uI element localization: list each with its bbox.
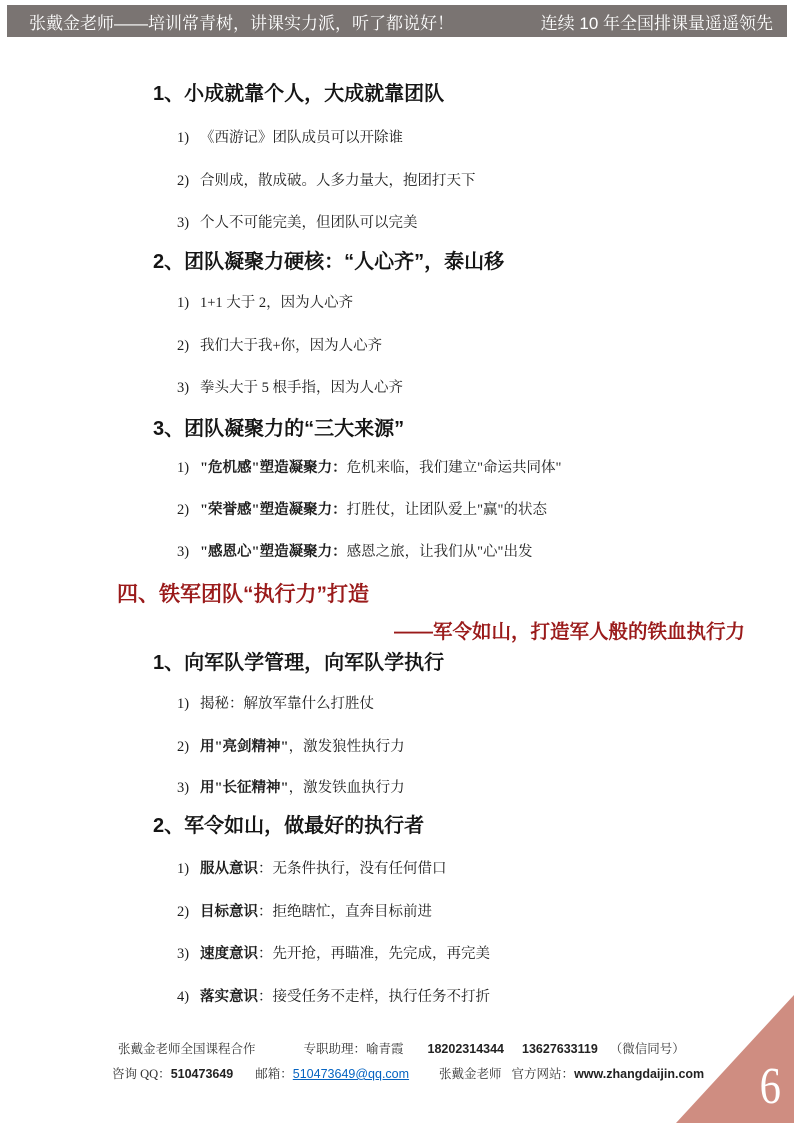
list-item: 3)速度意识：先开抢，再瞄准，先完成，再完美 [177, 945, 490, 963]
item-text: ：无条件执行，没有任何借口 [258, 861, 447, 877]
footer-site-url: www.zhangdaijin.com [574, 1067, 704, 1081]
footer-qq-label: 咨询 QQ： [112, 1064, 171, 1082]
list-item: 1)1+1 大于 2，因为人心齐 [177, 294, 353, 312]
list-item: 1)服从意识：无条件执行，没有任何借口 [177, 860, 447, 878]
item-text: 揭秘：解放军靠什么打胜仗 [200, 696, 374, 712]
section-heading: 2、团队凝聚力硬核：“人心齐”，泰山移 [153, 251, 504, 273]
section-heading: 1、向军队学管理，向军队学执行 [153, 652, 444, 674]
item-number: 1) [177, 459, 200, 477]
header-slogan: 张戴金老师——培训常青树，讲课实力派，听了都说好！ [29, 9, 454, 34]
item-number: 3) [177, 379, 200, 397]
item-number: 3) [177, 543, 200, 561]
chapter-heading: 四、铁军团队“执行力”打造 [117, 583, 369, 606]
item-bold: "荣誉感"塑造凝聚力： [200, 502, 347, 518]
footer-site-label: 官方网站： [512, 1064, 575, 1082]
footer-email-label: 邮箱： [255, 1064, 293, 1082]
list-item: 2)用"亮剑精神"，激发狼性执行力 [177, 738, 405, 756]
footer-line-1: 张戴金老师全国课程合作 专职助理：喻青霞 18202314344 1362763… [118, 1039, 685, 1057]
footer-wechat-note: （微信同号） [610, 1039, 685, 1057]
item-number: 3) [177, 945, 200, 963]
footer-email-link[interactable]: 510473649@qq.com [293, 1067, 409, 1081]
item-text: 合则成，散成破。人多力量大，抱团打天下 [200, 173, 476, 189]
item-bold: 服从意识 [200, 861, 258, 877]
header-banner: 张戴金老师——培训常青树，讲课实力派，听了都说好！ 连续 10 年全国排课量遥遥… [7, 5, 787, 37]
item-text: 危机来临，我们建立"命运共同体" [347, 460, 562, 476]
list-item: 4)落实意识：接受任务不走样，执行任务不打折 [177, 988, 490, 1006]
item-number: 4) [177, 988, 200, 1006]
item-bold: 用"长征精神" [200, 780, 289, 796]
section-heading: 2、军令如山，做最好的执行者 [153, 815, 424, 837]
list-item: 1)揭秘：解放军靠什么打胜仗 [177, 695, 374, 713]
header-claim: 连续 10 年全国排课量遥遥领先 [541, 9, 773, 34]
list-item: 1)《西游记》团队成员可以开除谁 [177, 129, 403, 147]
section-heading: 1、小成就靠个人，大成就靠团队 [153, 83, 444, 105]
item-number: 2) [177, 172, 200, 190]
item-number: 2) [177, 501, 200, 519]
list-item: 3)拳头大于 5 根手指，因为人心齐 [177, 379, 403, 397]
list-item: 3)个人不可能完美，但团队可以完美 [177, 214, 418, 232]
chapter-subtitle: ——军令如山，打造军人般的铁血执行力 [0, 616, 745, 644]
list-item: 2)"荣誉感"塑造凝聚力：打胜仗，让团队爱上"赢"的状态 [177, 501, 547, 519]
item-bold: 目标意识 [200, 904, 258, 920]
item-text: 拳头大于 5 根手指，因为人心齐 [200, 380, 403, 396]
item-number: 3) [177, 214, 200, 232]
list-item: 2)合则成，散成破。人多力量大，抱团打天下 [177, 172, 476, 190]
item-text: 个人不可能完美，但团队可以完美 [200, 215, 418, 231]
page-number: 6 [760, 1061, 781, 1113]
item-number: 1) [177, 294, 200, 312]
footer-cooperation: 张戴金老师全国课程合作 [118, 1039, 256, 1057]
item-number: 2) [177, 903, 200, 921]
list-item: 3)"感恩心"塑造凝聚力：感恩之旅，让我们从"心"出发 [177, 543, 532, 561]
footer-phone-1: 18202314344 [428, 1042, 504, 1056]
item-bold: 速度意识 [200, 946, 258, 962]
item-number: 2) [177, 738, 200, 756]
footer-assistant: 专职助理：喻青霞 [304, 1039, 404, 1057]
footer-teacher-name: 张戴金老师 [439, 1064, 502, 1082]
item-number: 2) [177, 337, 200, 355]
item-text: 1+1 大于 2，因为人心齐 [200, 295, 353, 311]
item-text: ，激发铁血执行力 [289, 780, 405, 796]
document-page: 张戴金老师——培训常青树，讲课实力派，听了都说好！ 连续 10 年全国排课量遥遥… [0, 0, 794, 1123]
list-item: 3)用"长征精神"，激发铁血执行力 [177, 779, 405, 797]
footer-line-2: 咨询 QQ： 510473649 邮箱： 510473649@qq.com 张戴… [112, 1064, 704, 1082]
item-bold: "感恩心"塑造凝聚力： [200, 544, 347, 560]
list-item: 2)我们大于我+你，因为人心齐 [177, 337, 382, 355]
list-item: 1)"危机感"塑造凝聚力：危机来临，我们建立"命运共同体" [177, 459, 561, 477]
footer-qq-number: 510473649 [171, 1067, 234, 1081]
footer-phone-2: 13627633119 [522, 1042, 598, 1056]
item-bold: 用"亮剑精神" [200, 739, 289, 755]
item-bold: "危机感"塑造凝聚力： [200, 460, 347, 476]
item-number: 3) [177, 779, 200, 797]
item-text: 打胜仗，让团队爱上"赢"的状态 [347, 502, 547, 518]
item-text: ：先开抢，再瞄准，先完成，再完美 [258, 946, 490, 962]
item-text: 我们大于我+你，因为人心齐 [200, 338, 382, 354]
item-text: ：拒绝瞎忙，直奔目标前进 [258, 904, 432, 920]
item-text: ，激发狼性执行力 [289, 739, 405, 755]
item-number: 1) [177, 129, 200, 147]
item-number: 1) [177, 695, 200, 713]
section-heading: 3、团队凝聚力的“三大来源” [153, 418, 404, 440]
item-number: 1) [177, 860, 200, 878]
item-text: 《西游记》团队成员可以开除谁 [200, 130, 403, 146]
list-item: 2)目标意识：拒绝瞎忙，直奔目标前进 [177, 903, 432, 921]
item-text: 感恩之旅，让我们从"心"出发 [347, 544, 533, 560]
item-text: ：接受任务不走样，执行任务不打折 [258, 989, 490, 1005]
item-bold: 落实意识 [200, 989, 258, 1005]
